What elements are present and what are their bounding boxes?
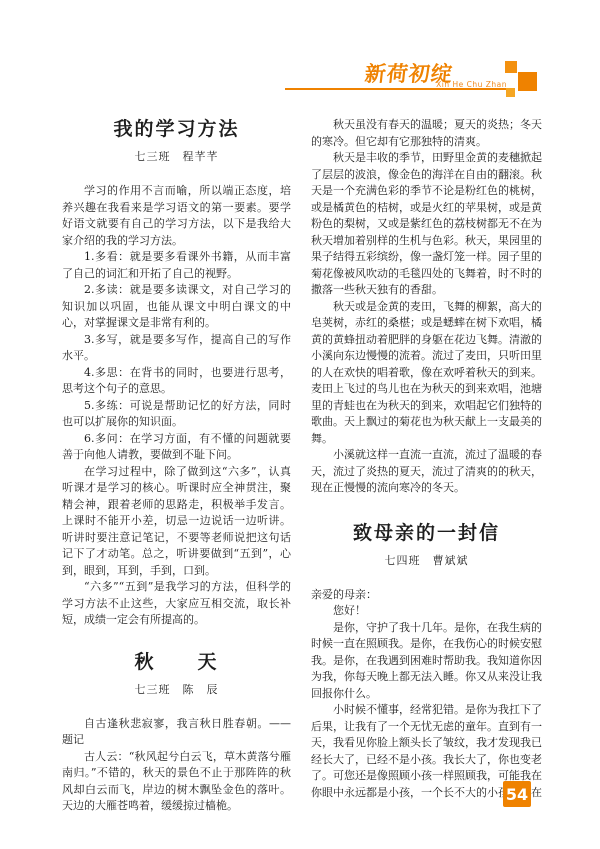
article-byline: 七三班 陈 辰 <box>62 681 291 697</box>
paragraph: 是你，守护了我十几年。是你，在我生病的时候一直在照顾我。是你，在我伤心的时候安慰… <box>311 620 542 703</box>
logo-square-decoration-top <box>505 61 517 73</box>
article-title: 致母亲的一封信 <box>311 521 542 545</box>
article-byline: 七四班 曹斌斌 <box>311 552 542 568</box>
letter-greeting: 您好！ <box>311 603 542 620</box>
article-title: 秋 天 <box>62 650 291 674</box>
column-right: 秋天虽没有春天的温暖；夏天的炎热；冬天的寒冷。但它却有它那独特的清爽。 秋天是丰… <box>311 117 542 801</box>
logo-square-decoration-large <box>518 72 537 91</box>
paragraph: 6.多问：在学习方面，有不懂的问题就要善于向他人请教，要做到不耻下问。 <box>62 431 291 464</box>
paragraph: 2.多读：就是要多读课文，对自己学习的知识加以巩固，也能从课文中明白课文的中心，… <box>62 282 291 332</box>
paragraph: 1.多看：就是要多看课外书籍，从而丰富了自己的词汇和开拓了自己的视野。 <box>62 249 291 282</box>
paragraph: 5.多练：可说是帮助记忆的好方法，同时也可以扩展你的知识面。 <box>62 398 291 431</box>
page-number-badge: 54 <box>503 781 531 807</box>
epigraph: 自古逢秋悲寂寥，我言秋日胜春朝。——题记 <box>62 716 291 749</box>
paragraph: 学习的作用不言而喻，所以端正态度，培养兴趣在我看来是学习语文的第一要素。要学好语… <box>62 183 291 249</box>
header-rule <box>285 88 508 90</box>
article-autumn-continued: 秋天虽没有春天的温暖；夏天的炎热；冬天的寒冷。但它却有它那独特的清爽。 秋天是丰… <box>311 117 542 497</box>
letter-salutation: 亲爱的母亲： <box>311 587 542 604</box>
paragraph: 3.多写，就是要多写作，提高自己的写作水平。 <box>62 332 291 365</box>
logo-square-decoration-small <box>506 88 515 97</box>
paragraph: 秋天或是金黄的麦田，飞舞的柳絮，高大的皂荚树，赤红的桑椹；或是蟋蟀在树下欢唱，橘… <box>311 299 542 448</box>
article-byline: 七三班 程芊芊 <box>62 148 291 164</box>
paragraph: 4.多思：在背书的同时，也要进行思考，思考这个句子的意思。 <box>62 365 291 398</box>
paragraph: 小溪就这样一直流一直流，流过了温暖的春天，流过了炎热的夏天，流过了清爽的的秋天，… <box>311 447 542 497</box>
article-autumn: 秋 天 七三班 陈 辰 自古逢秋悲寂寥，我言秋日胜春朝。——题记 古人云：“秋风… <box>62 650 291 815</box>
article-study-methods: 我的学习方法 七三班 程芊芊 学习的作用不言而喻，所以端正态度，培养兴趣在我看来… <box>62 117 291 629</box>
paragraph: 秋天是丰收的季节，田野里金黄的麦穗掀起了层层的波浪，像金色的海洋在自由的翻滚。秋… <box>311 150 542 299</box>
magazine-page: 新荷初绽 Xin He Chu Zhan 我的学习方法 七三班 程芊芊 学习的作… <box>0 0 600 849</box>
paragraph: 秋天虽没有春天的温暖；夏天的炎热；冬天的寒冷。但它却有它那独特的清爽。 <box>311 117 542 150</box>
paragraph: 古人云：“秋风起兮白云飞，草木黄落兮雁南归。”不错的，秋天的景色不止于那阵阵的秋… <box>62 749 291 815</box>
column-left: 我的学习方法 七三班 程芊芊 学习的作用不言而喻，所以端正态度，培养兴趣在我看来… <box>62 117 291 815</box>
article-title: 我的学习方法 <box>62 117 291 141</box>
paragraph: 在学习过程中，除了做到这“六多”，认真听课才是学习的核心。听课时应全神贯注，聚精… <box>62 464 291 580</box>
paragraph: “六多”“五到”是我学习的方法，但科学的学习方法不止这些，大家应互相交流，取长补… <box>62 579 291 629</box>
article-letter-to-mother: 致母亲的一封信 七四班 曹斌斌 亲爱的母亲： 您好！ 是你，守护了我十几年。是你… <box>311 521 542 802</box>
